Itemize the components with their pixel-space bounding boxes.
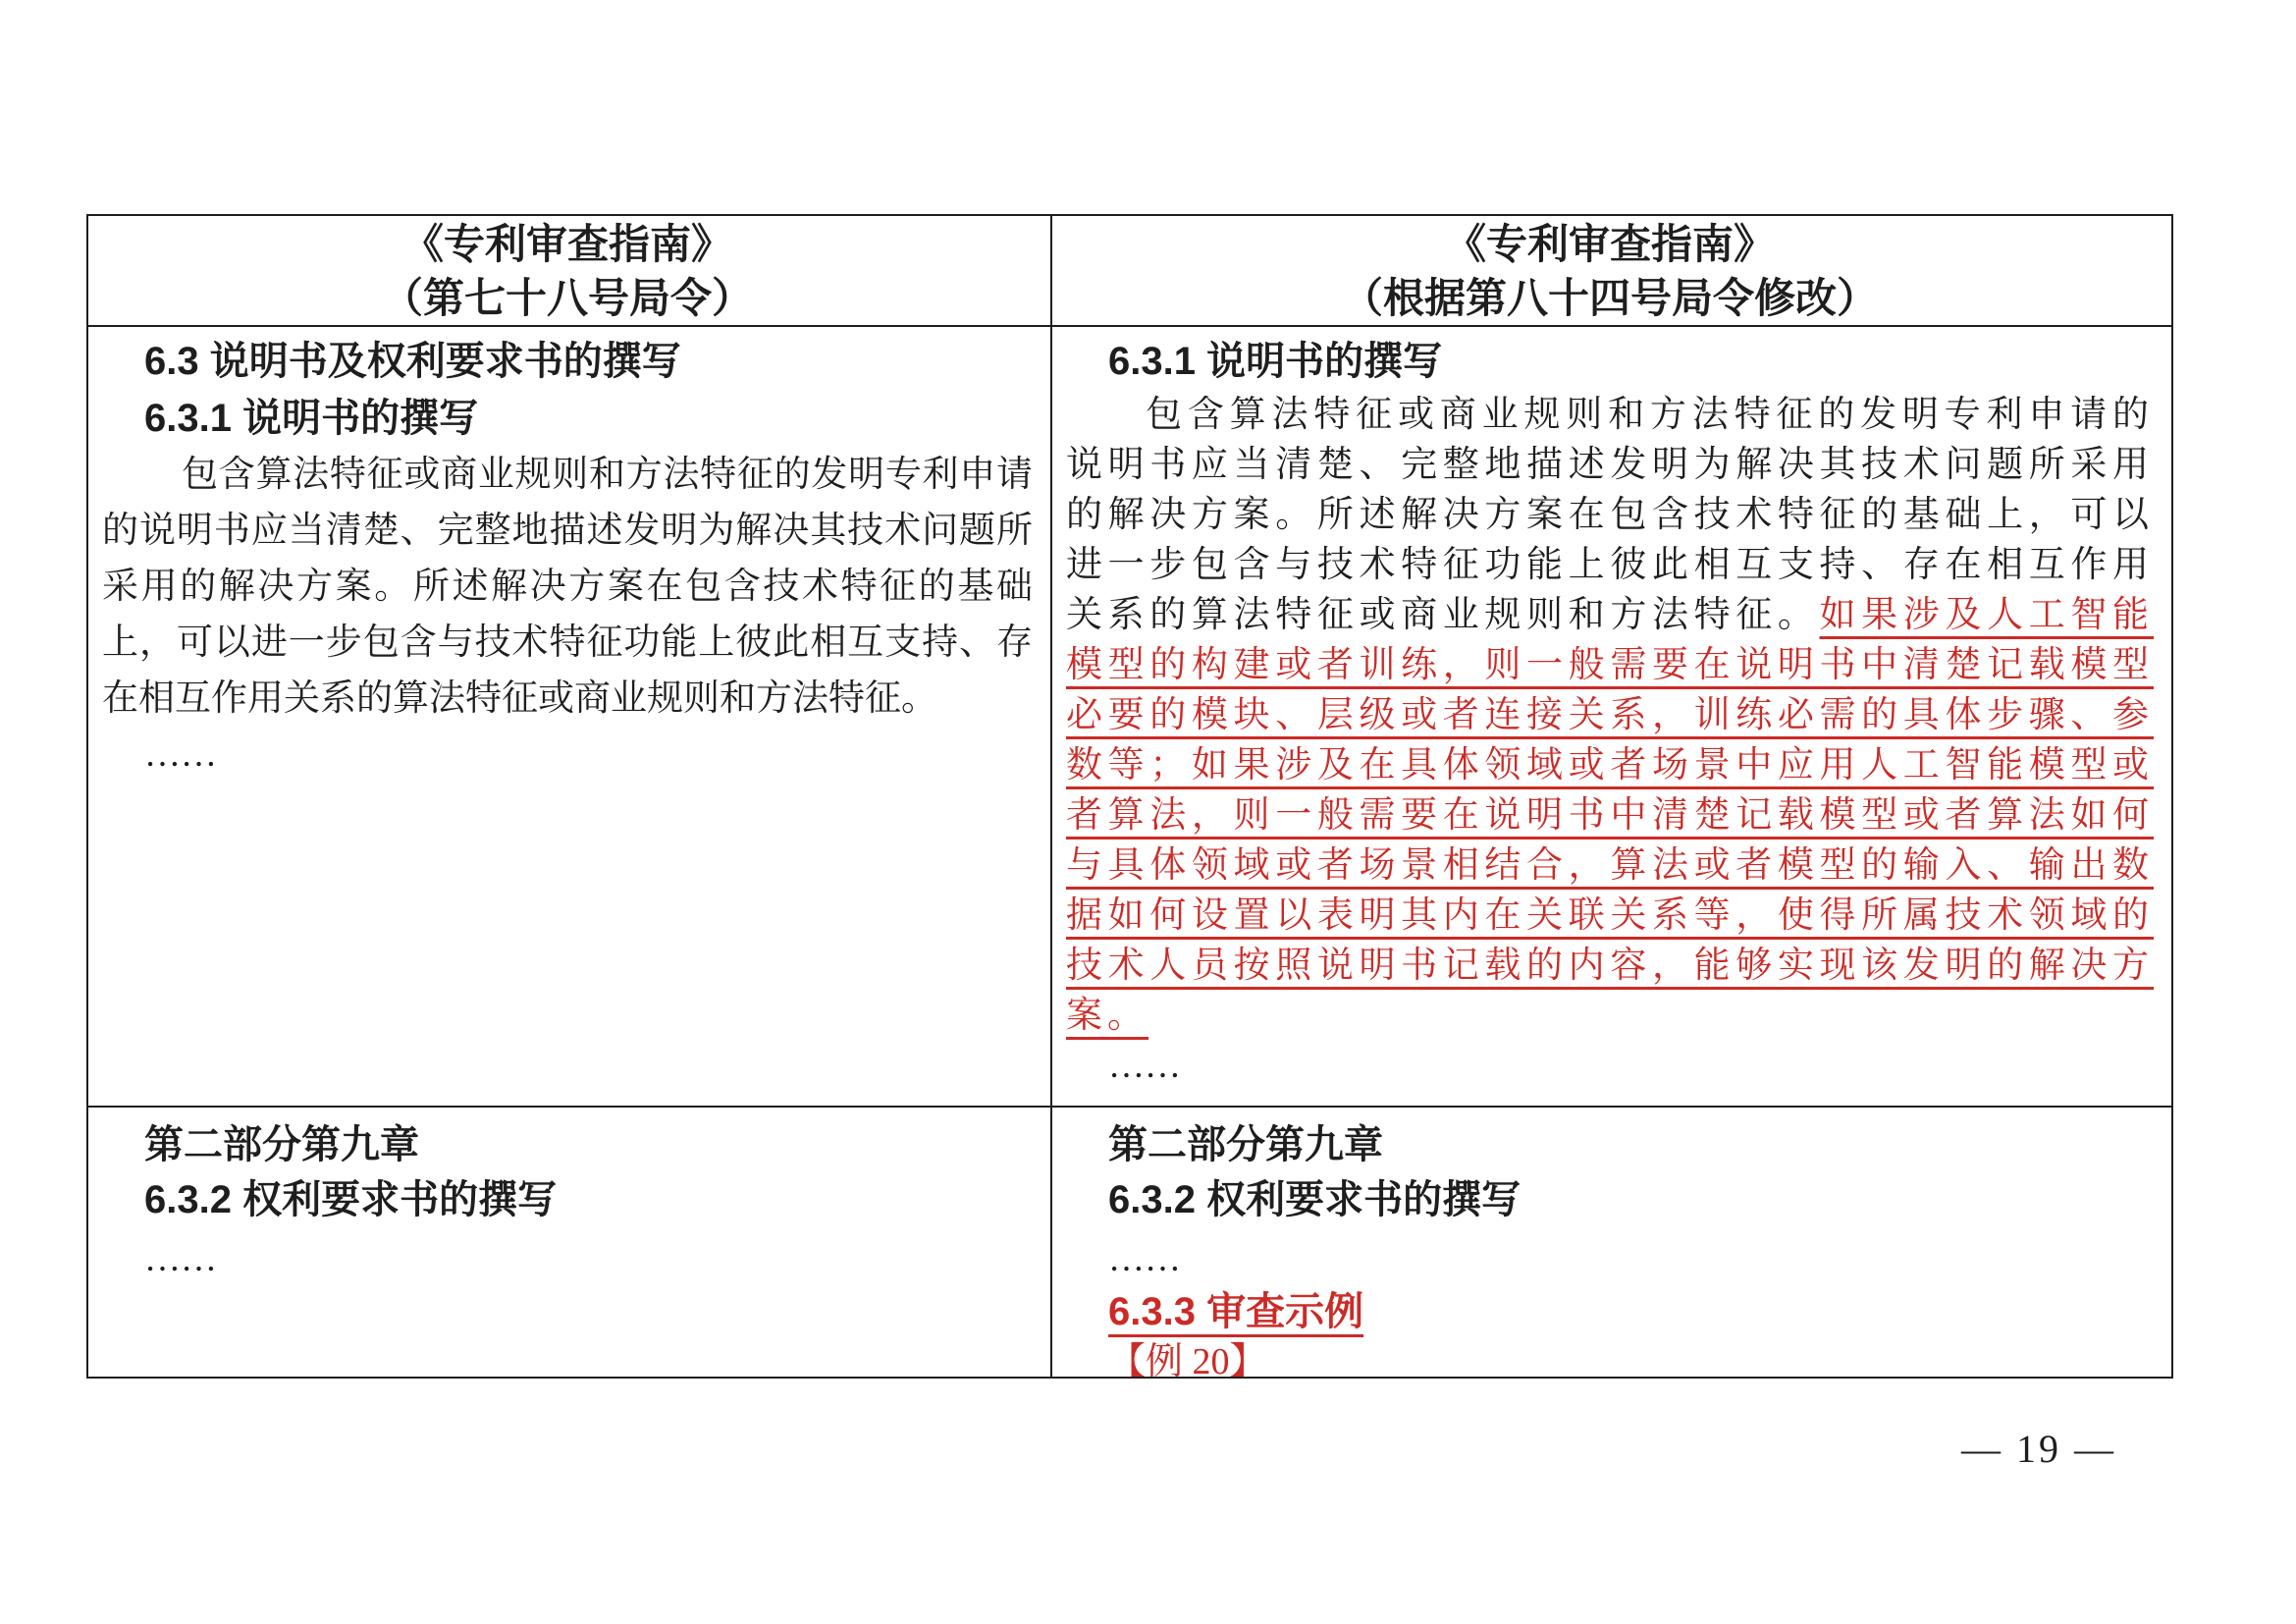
table-header-left-cell: 《专利审查指南》 （第七十八号局令） bbox=[88, 216, 1052, 327]
row1-right-paragraph: 包含算法特征或商业规则和方法特征的发明专利申请的说明书应当清楚、完整地描述发明为… bbox=[1066, 390, 2154, 1041]
row1-left-heading-6-3: 6.3 说明书及权利要求书的撰写 bbox=[102, 333, 1033, 390]
row1-right-ellipsis: …… bbox=[1066, 1041, 2154, 1091]
row2-right-added-example-label: 【例 20】 bbox=[1066, 1337, 2154, 1377]
row1-right-cell: 6.3.1 说明书的撰写 包含算法特征或商业规则和方法特征的发明专利申请的说明书… bbox=[1052, 327, 2171, 1108]
row2-right-ellipsis: …… bbox=[1066, 1239, 2154, 1280]
row2-right-added-heading-text: 6.3.3 审查示例 bbox=[1108, 1290, 1363, 1333]
table-header-right-cell: 《专利审查指南》 （根据第八十四号局令修改） bbox=[1052, 216, 2171, 327]
row2-left-cell: 第二部分第九章 6.3.2 权利要求书的撰写 …… bbox=[88, 1108, 1052, 1377]
row2-left-chapter-heading: 第二部分第九章 bbox=[102, 1117, 1033, 1172]
row1-left-ellipsis: …… bbox=[102, 727, 1033, 783]
header-right-title: 《专利审查指南》 bbox=[1066, 219, 2154, 273]
row2-left-ellipsis: …… bbox=[102, 1239, 1033, 1280]
document-page: 《专利审查指南》 （第七十八号局令） 《专利审查指南》 （根据第八十四号局令修改… bbox=[0, 0, 2296, 1624]
row2-left-heading-6-3-2: 6.3.2 权利要求书的撰写 bbox=[102, 1172, 1033, 1227]
header-right-subtitle: （根据第八十四号局令修改） bbox=[1066, 273, 2154, 327]
row1-right-paragraph-inserted-text: 如果涉及人工智能模型的构建或者训练，则一般需要在说明书中清楚记载模型必要的模块、… bbox=[1066, 595, 2154, 1036]
row1-left-heading-6-3-1: 6.3.1 说明书的撰写 bbox=[102, 390, 1033, 447]
row2-right-added-example-text: 【例 20】 bbox=[1108, 1341, 1267, 1377]
row1-left-paragraph: 包含算法特征或商业规则和方法特征的发明专利申请的说明书应当清楚、完整地描述发明为… bbox=[102, 447, 1033, 727]
row2-right-cell: 第二部分第九章 6.3.2 权利要求书的撰写 …… 6.3.3 审查示例 【例 … bbox=[1052, 1108, 2171, 1377]
row2-right-chapter-heading: 第二部分第九章 bbox=[1066, 1117, 2154, 1172]
header-left-title: 《专利审查指南》 bbox=[102, 219, 1033, 273]
page-number: — 19 — bbox=[1961, 1426, 2116, 1472]
row1-left-cell: 6.3 说明书及权利要求书的撰写 6.3.1 说明书的撰写 包含算法特征或商业规… bbox=[88, 327, 1052, 1108]
header-left-subtitle: （第七十八号局令） bbox=[102, 273, 1033, 327]
row2-right-heading-6-3-2: 6.3.2 权利要求书的撰写 bbox=[1066, 1172, 2154, 1227]
row2-right-added-heading-6-3-3: 6.3.3 审查示例 bbox=[1066, 1286, 2154, 1337]
row1-right-heading-6-3-1: 6.3.1 说明书的撰写 bbox=[1066, 333, 2154, 390]
comparison-table: 《专利审查指南》 （第七十八号局令） 《专利审查指南》 （根据第八十四号局令修改… bbox=[86, 214, 2173, 1379]
